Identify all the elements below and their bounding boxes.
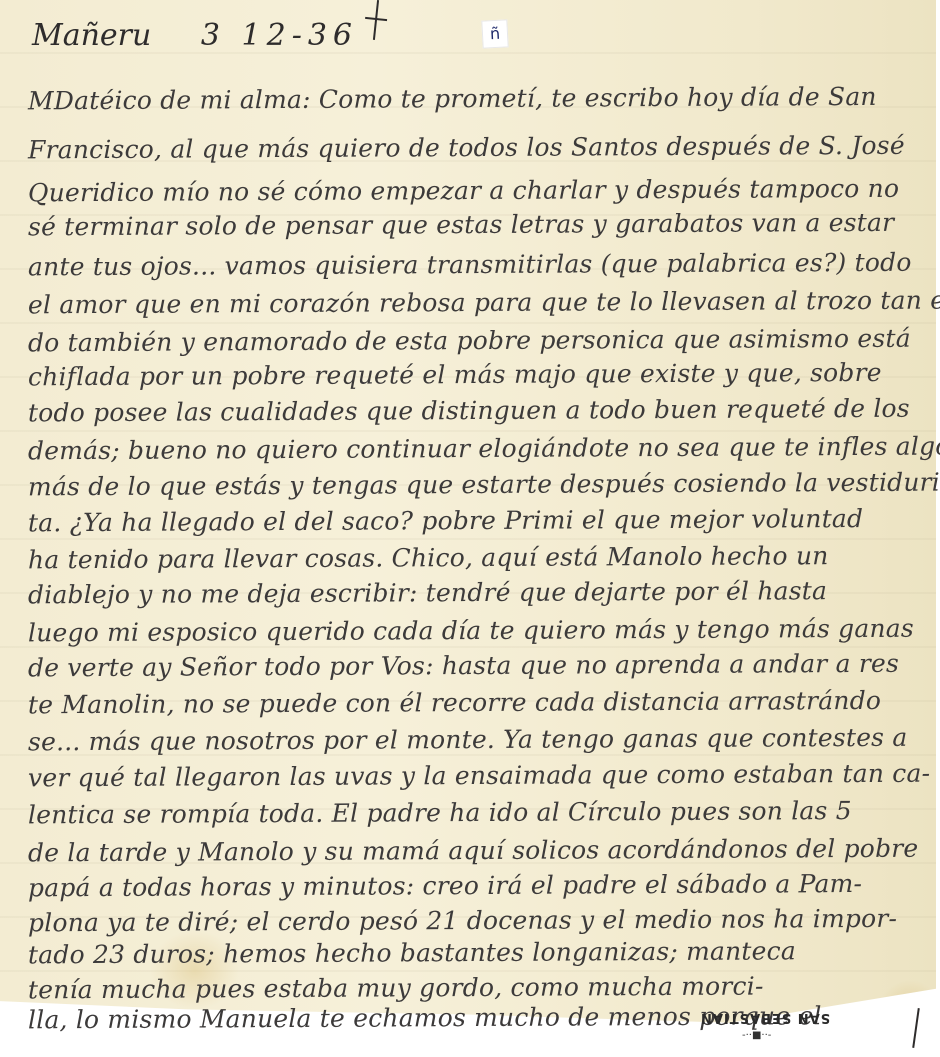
letter-line: plona ya te diré; el cerdo pesó 21 docen…	[28, 906, 926, 936]
letter-line: de la tarde y Manolo y su mamá aquí soli…	[28, 836, 926, 866]
letter-line: demás; bueno no quiero continuar elogián…	[28, 434, 926, 464]
printed-stamp: SAN SEBASTIAN	[700, 1010, 830, 1025]
letter-line: el amor que en mi corazón rebosa para qu…	[28, 288, 926, 318]
letter-header: Mañeru 3 12-36	[32, 18, 358, 53]
letter-line: diablejo y no me deja escribir: tendré q…	[28, 578, 926, 608]
letter-line: luego mi esposico querido cada día te qu…	[28, 616, 926, 646]
letter-line: do también y enamorado de esta pobre per…	[28, 326, 926, 356]
letter-line: MDatéico de mi alma: Como te prometí, te…	[28, 84, 926, 114]
letter-line: más de lo que estás y tengas que estarte…	[28, 470, 926, 500]
letter-line: ha tenido para llevar cosas. Chico, aquí…	[28, 543, 926, 573]
letter-line: de verte ay Señor todo por Vos: hasta qu…	[28, 651, 926, 681]
letter-line: sé terminar solo de pensar que estas let…	[28, 210, 926, 240]
letter-line: papá a todas horas y minutos: creo irá e…	[28, 871, 926, 901]
letter-line: chiflada por un pobre requeté el más maj…	[28, 360, 926, 390]
archive-tag: ñ	[481, 19, 508, 48]
place-name: Mañeru	[32, 18, 151, 53]
letter-line: tado 23 duros; hemos hecho bastantes lon…	[28, 938, 926, 968]
stamp-ornament: -··■··-	[742, 1030, 771, 1041]
letter-line: te Manolin, no se puede con él recorre c…	[28, 688, 926, 718]
letter-line: ante tus ojos... vamos quisiera transmit…	[28, 250, 926, 280]
letter-line: se... más que nosotros por el monte. Ya …	[28, 725, 926, 755]
letter-line: Francisco, al que más quiero de todos lo…	[28, 133, 926, 163]
letter-date: 3 12-36	[201, 18, 358, 53]
letter-line: tenía mucha pues estaba muy gordo, como …	[28, 973, 926, 1003]
letter-line: ver qué tal llegaron las uvas y la ensai…	[28, 761, 926, 791]
letter-line: lentica se rompía toda. El padre ha ido …	[28, 798, 926, 828]
letter-line: Queridico mío no sé cómo empezar a charl…	[28, 176, 926, 206]
letter-line: todo posee las cualidades que distinguen…	[28, 396, 926, 426]
letter-line: ta. ¿Ya ha llegado el del saco? pobre Pr…	[28, 506, 926, 536]
